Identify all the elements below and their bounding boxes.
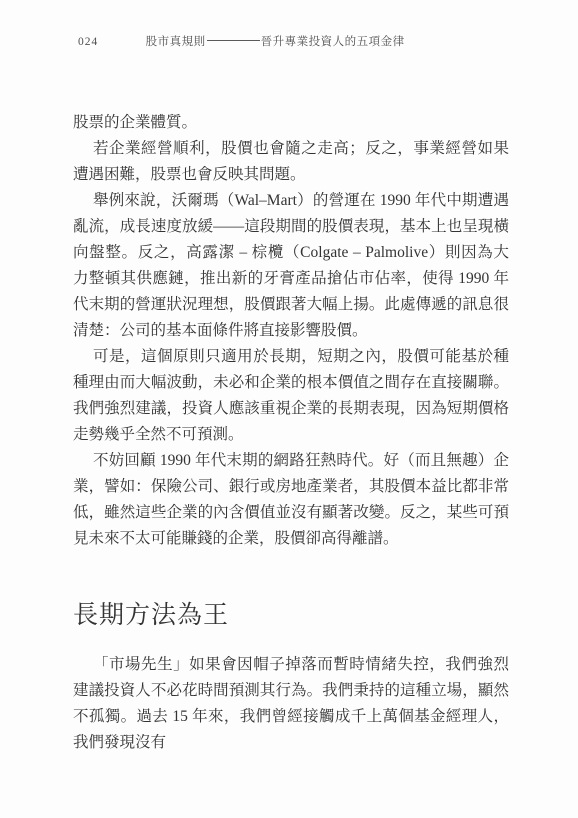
paragraph: 若企業經營順利，股價也會隨之走高；反之，事業經營如果遭遇困難，股票也會反映其問題… — [73, 136, 509, 188]
paragraph: 舉例來說，沃爾瑪（Wal–Mart）的營運在 1990 年代中期遭遇亂流，成長速… — [73, 188, 509, 344]
book-subtitle: 晉升專業投資人的五項金律 — [261, 36, 405, 48]
paragraph: 不妨回顧 1990 年代末期的網路狂熱時代。好（而且無趣）企業，譬如：保險公司、… — [73, 448, 509, 552]
page-number: 024 — [78, 35, 98, 49]
book-title: 股市真規則 — [146, 35, 206, 49]
paragraph: 可是，這個原則只適用於長期，短期之內，股價可能基於種種理由而大幅波動，未必和企業… — [73, 344, 509, 448]
title-separator — [207, 40, 260, 41]
book-page: 024 股市真規則晉升專業投資人的五項金律 股票的企業體質。 若企業經營順利，股… — [0, 0, 578, 818]
body-text: 股票的企業體質。 若企業經營順利，股價也會隨之走高；反之，事業經營如果遭遇困難，… — [73, 110, 509, 756]
paragraph-continuation: 股票的企業體質。 — [73, 110, 509, 136]
running-header: 024 股市真規則晉升專業投資人的五項金律 — [78, 35, 405, 49]
paragraph: 「市場先生」如果會因帽子掉落而暫時情緒失控，我們強烈建議投資人不必花時間預測其行… — [73, 652, 509, 756]
section-heading: 長期方法為王 — [73, 600, 509, 632]
